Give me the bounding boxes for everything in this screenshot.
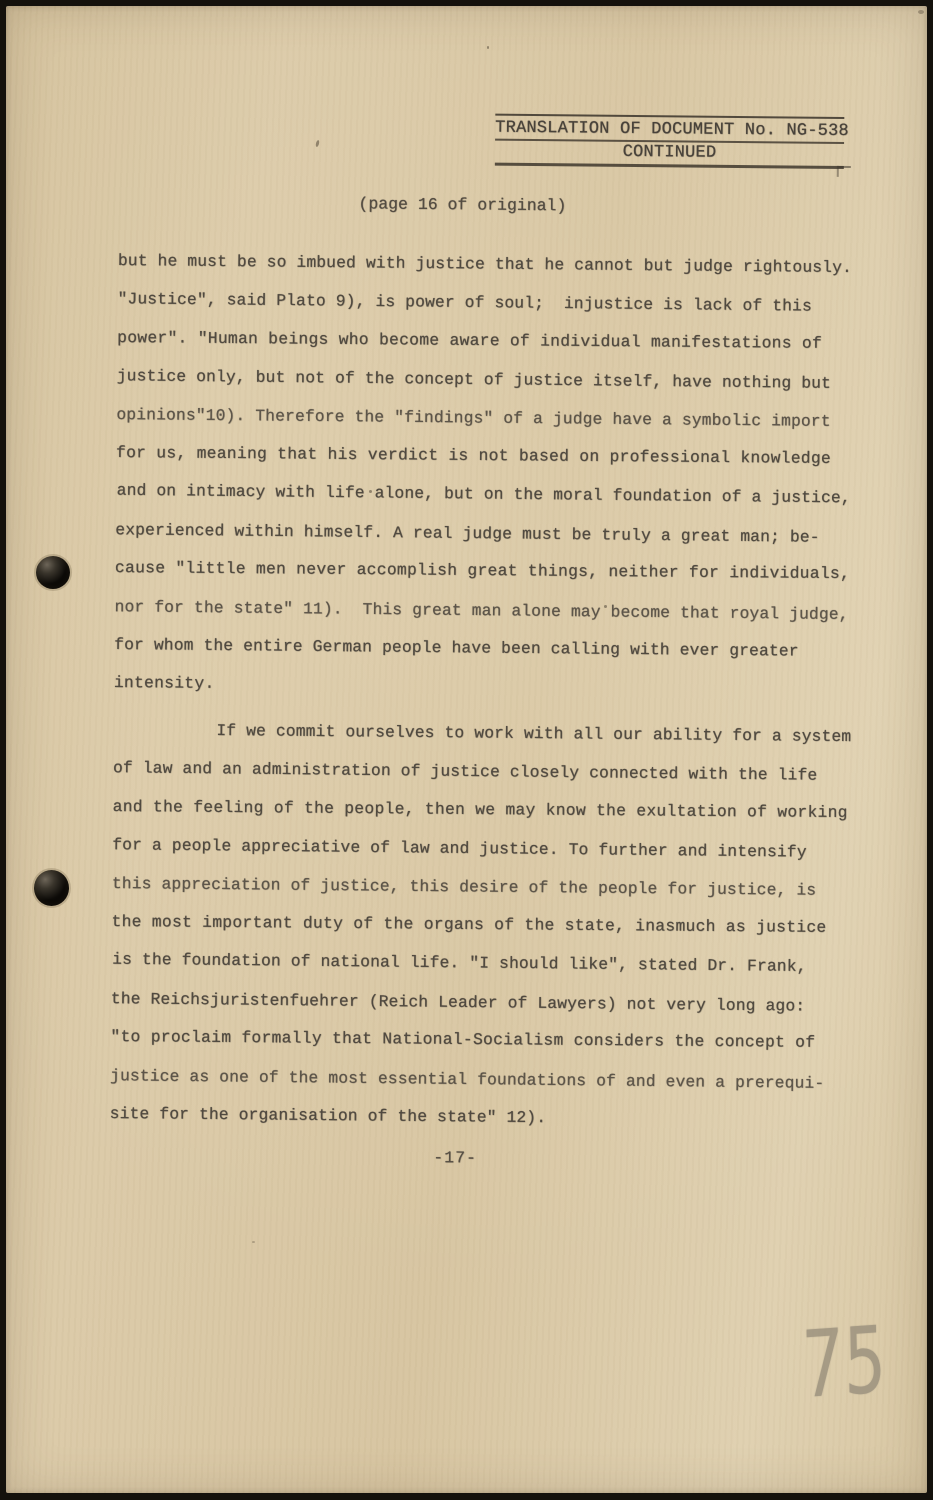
page-content: TRANSLATION OF DOCUMENT No. NG-538 CONTI… [0,5,929,1500]
header-continued-label: CONTINUED [495,141,844,169]
paragraph-2: If we commit ourselves to work with all … [110,711,874,1141]
typed-line: and the feeling of the people, then we m… [113,788,873,833]
scanned-page: TRANSLATION OF DOCUMENT No. NG-538 CONTI… [6,6,927,1493]
typed-line: "to proclaim formally that National-Soci… [110,1018,870,1063]
paper-speck [604,605,607,608]
header-title: TRANSLATION OF DOCUMENT No. NG-538 [495,116,844,144]
stamp-tick-mark [837,166,851,177]
typed-line: intensity. [114,664,874,709]
typed-line: cause "little men never accomplish great… [115,549,875,594]
typed-line: site for the organisation of the state" … [110,1095,870,1141]
paper-speck [369,490,372,493]
paragraph-1: but he must be so imbued with justice th… [114,242,878,710]
paper-speck [252,1241,255,1243]
typed-line: power". "Human beings who become aware o… [117,319,877,364]
scanned-document: TRANSLATION OF DOCUMENT No. NG-538 CONTI… [0,0,933,1500]
paper-speck [918,10,924,14]
page-reference: (page 16 of original) [358,194,566,215]
document-header-stamp: TRANSLATION OF DOCUMENT No. NG-538 CONTI… [495,114,844,169]
page-number: -17- [433,1148,477,1167]
handwritten-page-number: 75 [801,1314,887,1412]
paper-speck [487,46,489,49]
